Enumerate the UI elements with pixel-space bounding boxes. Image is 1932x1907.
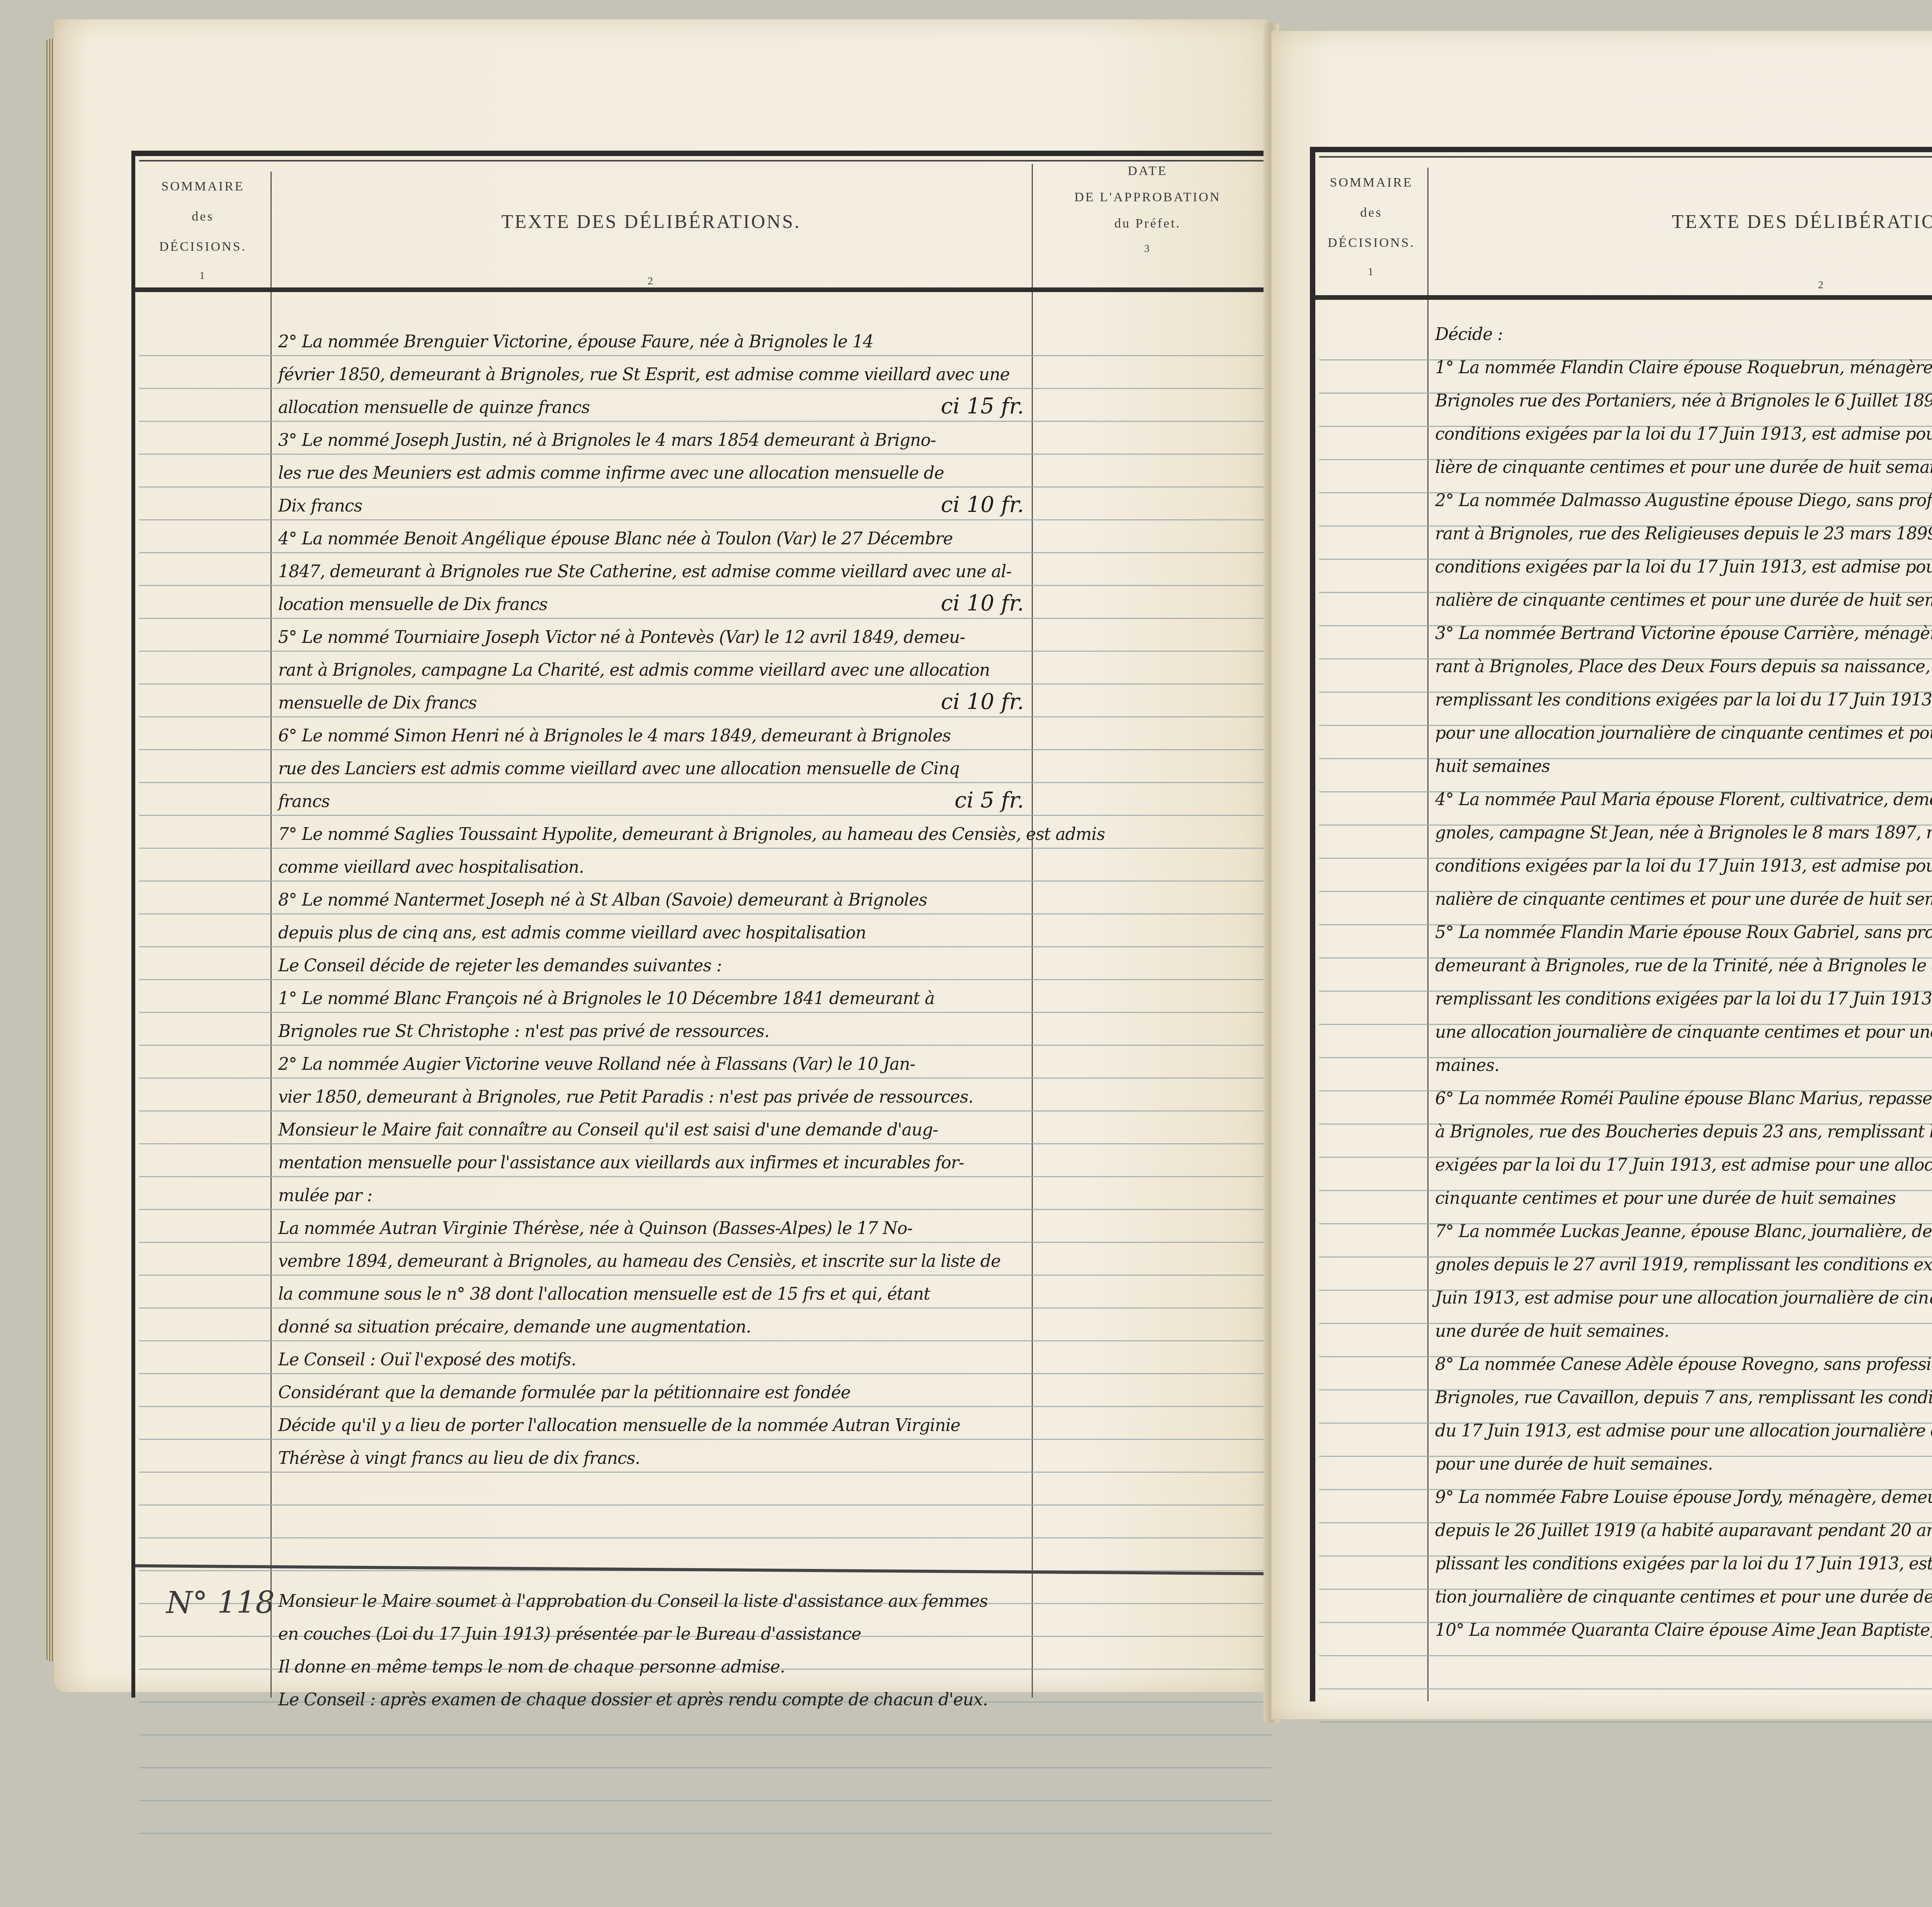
text-line: remplissant les conditions exigées par l… (1435, 690, 1932, 710)
text-line: rue des Lanciers est admis comme vieilla… (278, 759, 959, 778)
text-line: nalière de cinquante centimes et pour un… (1435, 889, 1932, 909)
text-line: exigées par la loi du 17 Juin 1913, est … (1435, 1155, 1932, 1175)
hdr-approbation: DE L'APPROBATION (1032, 190, 1264, 205)
right-deliberation-text: Décide :1° La nommée Flandin Claire épou… (1435, 318, 1932, 1694)
text-line: tion journalière de cinquante centimes e… (1435, 1587, 1932, 1607)
allocation-amount: ci 10 fr. (941, 492, 1024, 517)
text-line: pour une durée de huit semaines. (1435, 1454, 1713, 1474)
hdr-des: des (135, 209, 270, 224)
text-line: huit semaines (1435, 756, 1550, 776)
right-hdr-col1: SOMMAIRE des DÉCISIONS. 1 (1315, 175, 1427, 278)
text-line: la commune sous le n° 38 dont l'allocati… (278, 1284, 930, 1304)
text-line: rant à Brignoles, campagne La Charité, e… (278, 660, 990, 680)
text-line: gnoles, campagne St Jean, née à Brignole… (1435, 823, 1932, 843)
text-line: une durée de huit semaines. (1435, 1321, 1669, 1341)
text-line: du 17 Juin 1913, est admise pour une all… (1435, 1421, 1932, 1441)
text-line: Considérant que la demande formulée par … (278, 1383, 850, 1402)
text-line: pour une allocation journalière de cinqu… (1435, 723, 1932, 743)
entry-118-text: Monsieur le Maire soumet à l'approbation… (278, 1586, 1024, 1701)
text-line: Dix francs (278, 496, 362, 516)
text-line: lière de cinquante centimes et pour une … (1435, 457, 1932, 477)
ruled-line (139, 1833, 1271, 1834)
text-line: Brignoles, rue Cavaillon, depuis 7 ans, … (1435, 1388, 1932, 1407)
text-line: plissant les conditions exigées par la l… (1435, 1554, 1932, 1574)
left-page: SOMMAIRE des DÉCISIONS. 1 TEXTE DES DÉLI… (54, 19, 1267, 1692)
hdr-num-3: 3 (1032, 243, 1264, 255)
hdr-decisions: DÉCISIONS. (1315, 236, 1427, 250)
text-line: location mensuelle de Dix francs (278, 595, 548, 614)
text-line: maines. (1435, 1055, 1499, 1075)
ruled-line (139, 1537, 1271, 1538)
hdr-prefet: du Préfet. (1032, 216, 1264, 231)
text-line: Thérèse à vingt francs au lieu de dix fr… (278, 1448, 640, 1468)
text-line: Décide qu'il y a lieu de porter l'alloca… (278, 1416, 960, 1435)
text-line: La nommée Autran Virginie Thérèse, née à… (278, 1219, 912, 1238)
text-line: 1847, demeurant à Brignoles rue Ste Cath… (278, 562, 1011, 581)
text-line: Il donne en même temps le nom de chaque … (278, 1657, 785, 1677)
text-line: cinquante centimes et pour une durée de … (1435, 1188, 1896, 1208)
right-header-bottom-rule (1315, 295, 1932, 300)
text-line: une allocation journalière de cinquante … (1435, 1022, 1932, 1042)
text-line: Monsieur le Maire fait connaître au Cons… (278, 1120, 938, 1140)
ruled-line (139, 1800, 1271, 1801)
text-line: Le Conseil décide de rejeter les demande… (278, 956, 722, 976)
text-line: 3° Le nommé Joseph Justin, né à Brignole… (278, 430, 936, 450)
text-line: 1° Le nommé Blanc François né à Brignole… (278, 989, 935, 1008)
hdr-sommaire: SOMMAIRE (135, 179, 270, 194)
text-line: Monsieur le Maire soumet à l'approbation… (278, 1591, 988, 1611)
entry-number-118: N° 118 (166, 1586, 275, 1620)
text-line: conditions exigées par la loi du 17 Juin… (1435, 424, 1932, 444)
text-line: Le Conseil : Ouï l'exposé des motifs. (278, 1350, 576, 1370)
text-line: les rue des Meuniers est admis comme inf… (278, 463, 944, 483)
text-line: 7° La nommée Luckas Jeanne, épouse Blanc… (1435, 1222, 1932, 1241)
text-line: conditions exigées par la loi du 17 Juin… (1435, 557, 1932, 577)
hdr-num-2: 2 (270, 275, 1032, 287)
text-line: rant à Brignoles, Place des Deux Fours d… (1435, 657, 1932, 676)
right-page-frame: SOMMAIRE des DÉCISIONS. 1 TEXTE DES DÉLI… (1310, 147, 1932, 1701)
ruled-line (139, 1734, 1271, 1735)
text-line: comme vieillard avec hospitalisation. (278, 857, 584, 877)
text-line: 8° Le nommé Nantermet Joseph né à St Alb… (278, 890, 927, 910)
left-hdr-col1: SOMMAIRE des DÉCISIONS. 1 (135, 179, 270, 282)
left-hdr-col3: DATE DE L'APPROBATION du Préfet. 3 (1032, 164, 1264, 255)
text-line: gnoles depuis le 27 avril 1919, rempliss… (1435, 1255, 1932, 1275)
text-line: 6° Le nommé Simon Henri né à Brignoles l… (278, 726, 951, 746)
text-line: 7° Le nommé Saglies Toussaint Hypolite, … (278, 824, 1105, 844)
left-header-bottom-rule (135, 287, 1264, 292)
allocation-amount: ci 10 fr. (941, 689, 1024, 714)
hdr-des: des (1315, 206, 1427, 220)
ruled-line (1319, 1722, 1932, 1723)
hdr-decisions: DÉCISIONS. (135, 240, 270, 254)
text-line: vier 1850, demeurant à Brignoles, rue Pe… (278, 1087, 973, 1107)
text-line: depuis plus de cinq ans, est admis comme… (278, 923, 866, 943)
text-line: Le Conseil : après examen de chaque doss… (278, 1690, 988, 1710)
text-line: février 1850, demeurant à Brignoles, rue… (278, 365, 1010, 384)
text-line: nalière de cinquante centimes et pour un… (1435, 590, 1932, 610)
allocation-amount: ci 15 fr. (941, 394, 1024, 419)
text-line: remplissant les conditions exigées par l… (1435, 989, 1932, 1009)
hdr-date: DATE (1032, 164, 1264, 178)
ruled-line (139, 1767, 1271, 1768)
text-line: depuis le 26 Juillet 1919 (a habité aupa… (1435, 1521, 1932, 1540)
hdr-sommaire: SOMMAIRE (1315, 175, 1427, 190)
text-line: conditions exigées par la loi du 17 Juin… (1435, 856, 1932, 876)
text-line: 9° La nommée Fabre Louise épouse Jordy, … (1435, 1487, 1932, 1507)
text-line: 5° Le nommé Tourniaire Joseph Victor né … (278, 627, 965, 647)
hdr-num-1: 1 (1315, 266, 1427, 278)
allocation-amount: ci 10 fr. (941, 591, 1024, 616)
text-line: rant à Brignoles, rue des Religieuses de… (1435, 524, 1932, 544)
text-line: 1° La nommée Flandin Claire épouse Roque… (1435, 358, 1932, 377)
text-line: 6° La nommée Roméi Pauline épouse Blanc … (1435, 1089, 1932, 1108)
allocation-amount: ci 5 fr. (954, 788, 1024, 813)
text-line: Brignoles rue des Portaniers, née à Brig… (1435, 391, 1932, 411)
text-line: 2° La nommée Brenguier Victorine, épouse… (278, 332, 873, 352)
text-line: 10° La nommée Quaranta Claire épouse Aim… (1435, 1620, 1932, 1640)
left-deliberation-text: 2° La nommée Brenguier Victorine, épouse… (278, 326, 1024, 1504)
hdr-texte-deliberations: TEXTE DES DÉLIBÉRATIONS. (1427, 210, 1932, 233)
right-hdr-col2: TEXTE DES DÉLIBÉRATIONS. 2 (1427, 210, 1932, 291)
text-line: mentation mensuelle pour l'assistance au… (278, 1153, 964, 1173)
text-line: donné sa situation précaire, demande une… (278, 1317, 751, 1337)
text-line: Décide : (1435, 325, 1503, 344)
hdr-texte-deliberations: TEXTE DES DÉLIBÉRATIONS. (270, 210, 1032, 233)
text-line: 4° La nommée Benoit Angélique épouse Bla… (278, 529, 953, 549)
text-line: francs (278, 792, 330, 811)
text-line: Juin 1913, est admise pour une allocatio… (1435, 1288, 1932, 1308)
right-page: 42 SOMMAIRE des DÉCISIONS. 1 TEXTE DES D… (1271, 31, 1932, 1719)
text-line: mulée par : (278, 1186, 372, 1205)
ruled-line (139, 1504, 1271, 1506)
text-line: 8° La nommée Canese Adèle épouse Rovegno… (1435, 1355, 1932, 1374)
text-line: 5° La nommée Flandin Marie épouse Roux G… (1435, 923, 1932, 942)
text-line: Brignoles rue St Christophe : n'est pas … (278, 1021, 769, 1041)
hdr-num-2: 2 (1427, 279, 1932, 291)
text-line: 4° La nommée Paul Maria épouse Florent, … (1435, 790, 1932, 809)
text-line: à Brignoles, rue des Boucheries depuis 2… (1435, 1122, 1932, 1142)
text-line: demeurant à Brignoles, rue de la Trinité… (1435, 956, 1932, 976)
text-line: en couches (Loi du 17 Juin 1913) présent… (278, 1624, 861, 1644)
text-line: vembre 1894, demeurant à Brignoles, au h… (278, 1251, 1000, 1271)
left-page-frame: SOMMAIRE des DÉCISIONS. 1 TEXTE DES DÉLI… (131, 151, 1281, 1698)
hdr-num-1: 1 (135, 270, 270, 282)
text-line: 3° La nommée Bertrand Victorine épouse C… (1435, 624, 1932, 643)
text-line: mensuelle de Dix francs (278, 693, 477, 713)
text-line: 2° La nommée Augier Victorine veuve Roll… (278, 1054, 915, 1074)
left-hdr-col2: TEXTE DES DÉLIBÉRATIONS. 2 (270, 210, 1032, 287)
text-line: allocation mensuelle de quinze francs (278, 398, 590, 417)
text-line: 2° La nommée Dalmasso Augustine épouse D… (1435, 491, 1932, 510)
